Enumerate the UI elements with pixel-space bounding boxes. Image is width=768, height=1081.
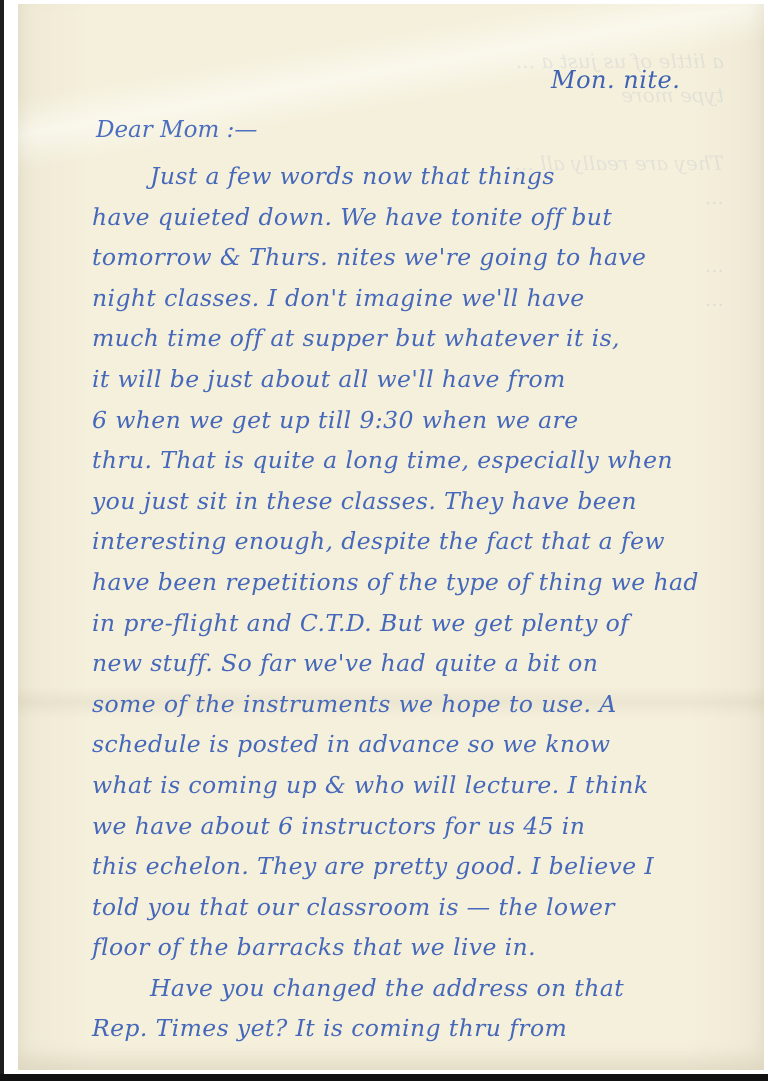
letter-line: have been repetitions of the type of thi… [92, 562, 768, 603]
letter-line: much time off at supper but whatever it … [92, 318, 768, 359]
letter-line: schedule is posted in advance so we know [92, 724, 768, 765]
letter-line: thru. That is quite a long time, especia… [92, 440, 768, 481]
letter-line: interesting enough, despite the fact tha… [92, 521, 768, 562]
letter-body: Just a few words now that things have qu… [92, 156, 768, 1049]
letter-line: 6 when we get up till 9:30 when we are [92, 400, 768, 441]
letter-line: what is coming up & who will lecture. I … [92, 765, 768, 806]
letter-line: we have about 6 instructors for us 45 in [92, 806, 768, 847]
letter-line: this echelon. They are pretty good. I be… [92, 846, 768, 887]
letter-line: floor of the barracks that we live in. [92, 927, 768, 968]
letter-date: Mon. nite. [551, 66, 680, 94]
letter-line: you just sit in these classes. They have… [92, 481, 768, 522]
scan-border-left [0, 0, 4, 1081]
letter-line: Have you changed the address on that [92, 968, 768, 1009]
letter-line: Rep. Times yet? It is coming thru from [92, 1008, 768, 1049]
letter-line: tomorrow & Thurs. nites we're going to h… [92, 237, 768, 278]
scan-border-bottom [0, 1074, 768, 1081]
letter-line: in pre-flight and C.T.D. But we get plen… [92, 603, 768, 644]
letter-line: Just a few words now that things [92, 156, 768, 197]
letter-line: night classes. I don't imagine we'll hav… [92, 278, 768, 319]
letter-line: some of the instruments we hope to use. … [92, 684, 768, 725]
letter-line: told you that our classroom is — the low… [92, 887, 768, 928]
letter-salutation: Dear Mom :— [96, 117, 257, 143]
letter-line: it will be just about all we'll have fro… [92, 359, 768, 400]
letter-page: a little of us just a ... type more They… [18, 4, 764, 1070]
letter-line: have quieted down. We have tonite off bu… [92, 197, 768, 238]
letter-line: new stuff. So far we've had quite a bit … [92, 643, 768, 684]
